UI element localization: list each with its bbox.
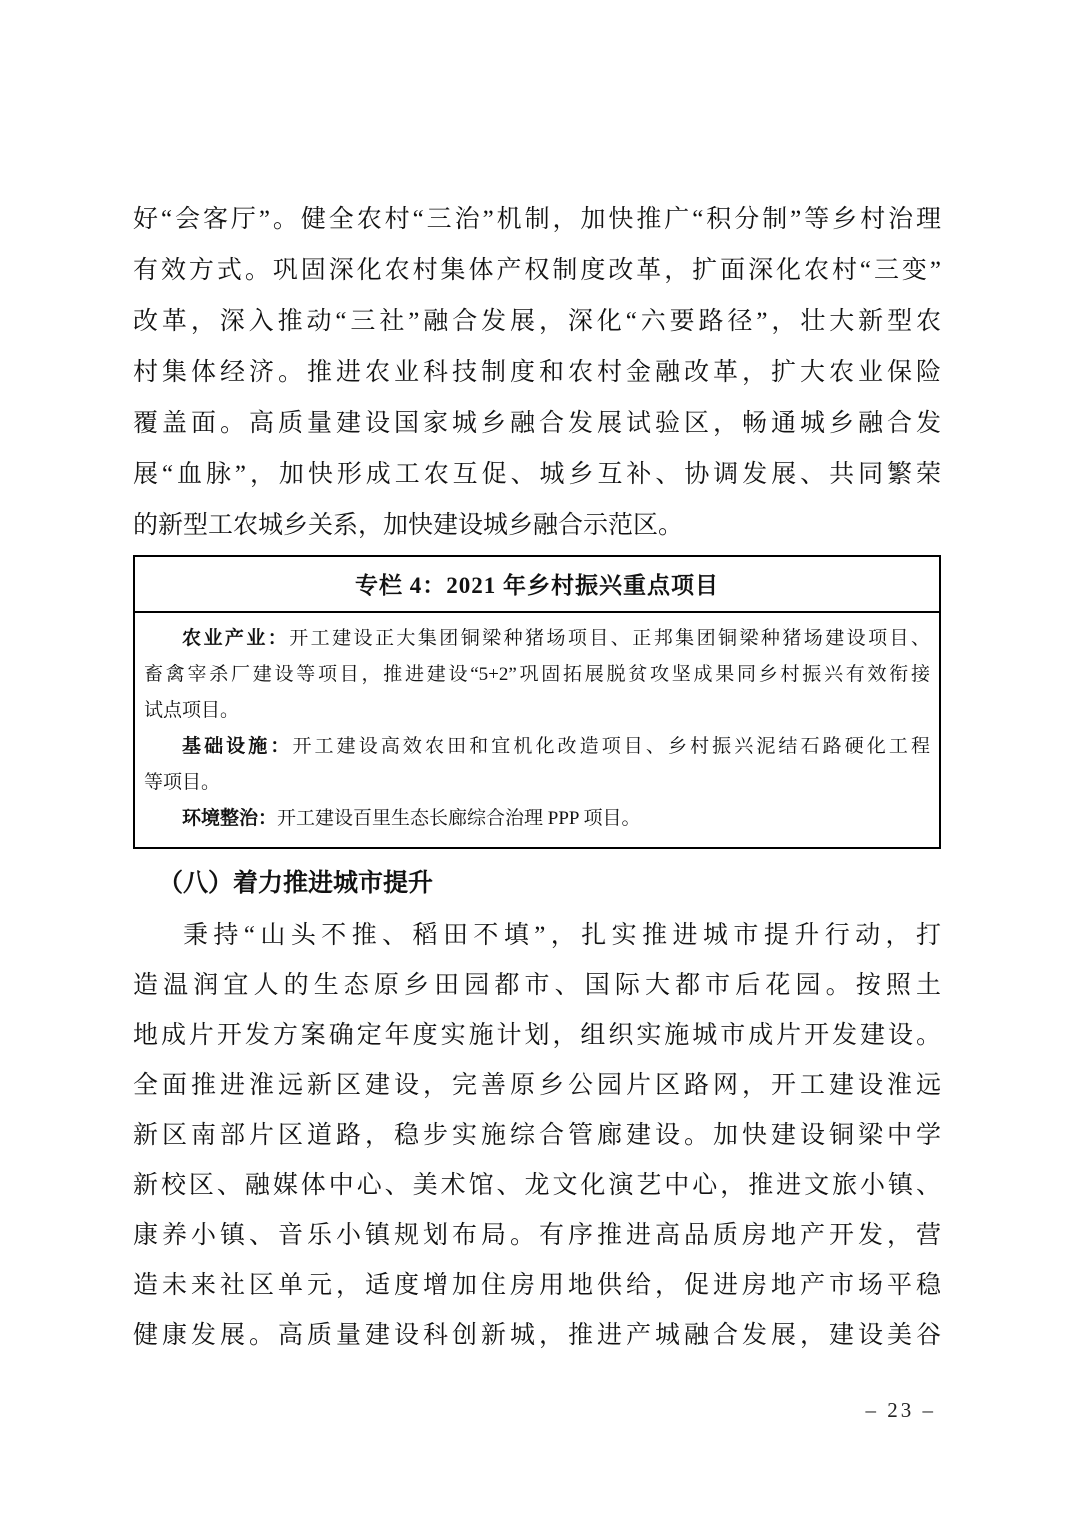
text-line: 全面推进淮远新区建设，完善原乡公园片区路网，开工建设淮远 bbox=[133, 1061, 941, 1111]
body-paragraph-2: 秉持“山头不推、稻田不填”，扎实推进城市提升行动，打造温润宜人的生态原乡田园都市… bbox=[133, 911, 941, 1361]
text-line: 改革，深入推动“三社”融合发展，深化“六要路径”，壮大新型农 bbox=[133, 296, 941, 347]
box-item-text: 开工建设百里生态长廊综合治理 PPP 项目。 bbox=[277, 808, 641, 829]
body-paragraph-1: 好“会客厅”。健全农村“三治”机制，加快推广“积分制”等乡村治理有效方式。巩固深… bbox=[133, 194, 941, 551]
section-heading: （八）着力推进城市提升 bbox=[133, 867, 941, 901]
text-line: 造未来社区单元，适度增加住房用地供给，促进房地产市场平稳 bbox=[133, 1261, 941, 1311]
box-line: 农业产业：开工建设正大集团铜梁种猪场项目、正邦集团铜梁种猪场建设项目、 bbox=[144, 621, 930, 657]
project-box-body: 农业产业：开工建设正大集团铜梁种猪场项目、正邦集团铜梁种猪场建设项目、畜禽宰杀厂… bbox=[135, 613, 939, 847]
box-item-label: 农业产业： bbox=[182, 628, 289, 649]
text-line: 新区南部片区道路，稳步实施综合管廊建设。加快建设铜梁中学 bbox=[133, 1111, 941, 1161]
text-line: 秉持“山头不推、稻田不填”，扎实推进城市提升行动，打 bbox=[133, 911, 941, 961]
text-line: 好“会客厅”。健全农村“三治”机制，加快推广“积分制”等乡村治理 bbox=[133, 194, 941, 245]
text-line: 有效方式。巩固深化农村集体产权制度改革，扩面深化农村“三变” bbox=[133, 245, 941, 296]
text-line: 村集体经济。推进农业科技制度和农村金融改革，扩大农业保险 bbox=[133, 347, 941, 398]
project-box-title: 专栏 4：2021 年乡村振兴重点项目 bbox=[135, 557, 939, 613]
box-item-label: 环境整治： bbox=[182, 808, 277, 829]
text-line: 覆盖面。高质量建设国家城乡融合发展试验区，畅通城乡融合发 bbox=[133, 398, 941, 449]
box-item-text: 试点项目。 bbox=[144, 700, 239, 721]
box-line: 基础设施：开工建设高效农田和宜机化改造项目、乡村振兴泥结石路硬化工程 bbox=[144, 729, 930, 765]
box-item-text: 开工建设高效农田和宜机化改造项目、乡村振兴泥结石路硬化工程 bbox=[292, 736, 930, 757]
page-content: 好“会客厅”。健全农村“三治”机制，加快推广“积分制”等乡村治理有效方式。巩固深… bbox=[133, 194, 941, 1361]
box-line: 环境整治：开工建设百里生态长廊综合治理 PPP 项目。 bbox=[144, 801, 930, 837]
box-item-text: 畜禽宰杀厂建设等项目，推进建设“5+2”巩固拓展脱贫攻坚成果同乡村振兴有效衔接 bbox=[144, 664, 930, 685]
box-item-text: 等项目。 bbox=[144, 772, 220, 793]
box-line: 等项目。 bbox=[144, 765, 930, 801]
text-line: 地成片开发方案确定年度实施计划，组织实施城市成片开发建设。 bbox=[133, 1011, 941, 1061]
page-number: – 23 – bbox=[866, 1398, 937, 1423]
box-line: 畜禽宰杀厂建设等项目，推进建设“5+2”巩固拓展脱贫攻坚成果同乡村振兴有效衔接 bbox=[144, 657, 930, 693]
text-line: 健康发展。高质量建设科创新城，推进产城融合发展，建设美谷 bbox=[133, 1311, 941, 1361]
text-line: 新校区、融媒体中心、美术馆、龙文化演艺中心，推进文旅小镇、 bbox=[133, 1161, 941, 1211]
box-item-text: 开工建设正大集团铜梁种猪场项目、正邦集团铜梁种猪场建设项目、 bbox=[289, 628, 930, 649]
text-line: 的新型工农城乡关系，加快建设城乡融合示范区。 bbox=[133, 500, 941, 551]
document-page: { "colors": { "background": "#ffffff", "… bbox=[0, 0, 1074, 1520]
box-line: 试点项目。 bbox=[144, 693, 930, 729]
box-item-label: 基础设施： bbox=[182, 736, 292, 757]
text-line: 展“血脉”，加快形成工农互促、城乡互补、协调发展、共同繁荣 bbox=[133, 449, 941, 500]
text-line: 造温润宜人的生态原乡田园都市、国际大都市后花园。按照土 bbox=[133, 961, 941, 1011]
project-box: 专栏 4：2021 年乡村振兴重点项目 农业产业：开工建设正大集团铜梁种猪场项目… bbox=[133, 555, 941, 849]
text-line: 康养小镇、音乐小镇规划布局。有序推进高品质房地产开发，营 bbox=[133, 1211, 941, 1261]
